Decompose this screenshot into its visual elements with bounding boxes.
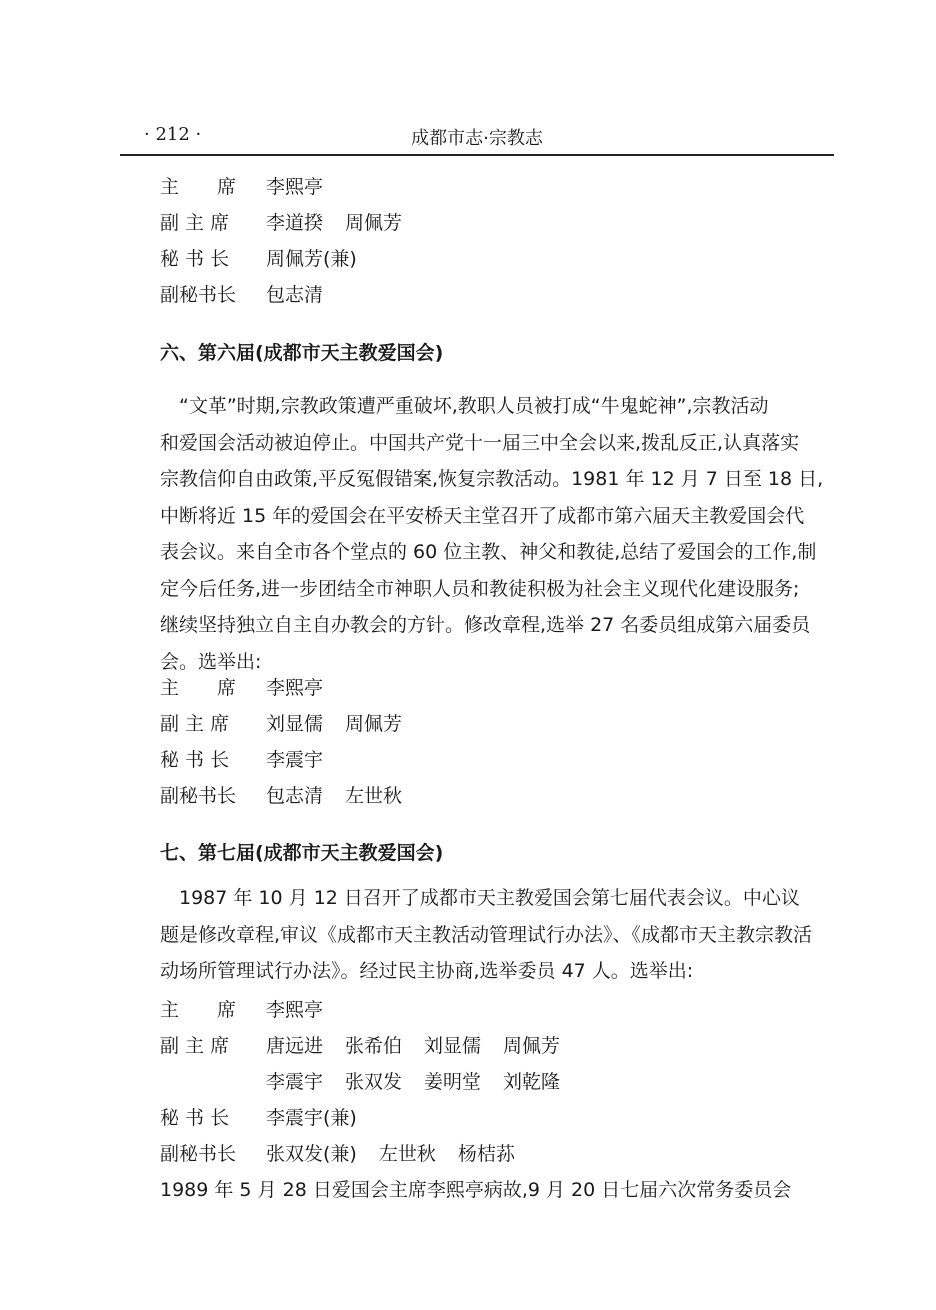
officer-row: 副 主 席李道揆周佩芳 bbox=[160, 211, 424, 235]
officer-row: 副秘书长包志清 bbox=[160, 283, 345, 307]
section-heading-7: 七、第七届(成都市天主教爱国会) bbox=[160, 838, 443, 865]
section-heading-6: 六、第六届(成都市天主教爱国会) bbox=[160, 338, 443, 365]
officer-row: 秘 书 长李震宇 bbox=[160, 748, 345, 772]
officer-row: 副 主 席唐远进张希伯刘显儒周佩芳 bbox=[160, 1034, 582, 1058]
section7-paragraph: 1987 年 10 月 12 日召开了成都市天主教爱国会第七届代表会议。中心议 … bbox=[160, 880, 835, 990]
officer-row: 主 席李熙亭 bbox=[160, 676, 345, 700]
running-title: 成都市志·宗教志 bbox=[120, 124, 834, 150]
officer-row: 秘 书 长李震宇(兼) bbox=[160, 1106, 379, 1130]
header-rule bbox=[120, 154, 834, 156]
officer-row: 副秘书长张双发(兼)左世秋杨桔荪 bbox=[160, 1142, 537, 1166]
officer-row: 秘 书 长周佩芳(兼) bbox=[160, 247, 379, 271]
officer-row: 副秘书长包志清左世秋 bbox=[160, 784, 424, 808]
officer-row: 主 席李熙亭 bbox=[160, 998, 345, 1022]
officer-row: 主 席李熙亭 bbox=[160, 175, 345, 199]
page-header: · 212 · 成都市志·宗教志 bbox=[120, 124, 834, 154]
closing-line: 1989 年 5 月 28 日爱国会主席李熙亭病故,9 月 20 日七届六次常务… bbox=[160, 1178, 791, 1202]
officer-row-continued: 李震宇张双发姜明堂刘乾隆 bbox=[160, 1070, 582, 1094]
officer-row: 副 主 席刘显儒周佩芳 bbox=[160, 712, 424, 736]
section6-paragraph: “文革”时期,宗教政策遭严重破坏,教职人员被打成“牛鬼蛇神”,宗教活动 和爱国会… bbox=[160, 388, 835, 680]
